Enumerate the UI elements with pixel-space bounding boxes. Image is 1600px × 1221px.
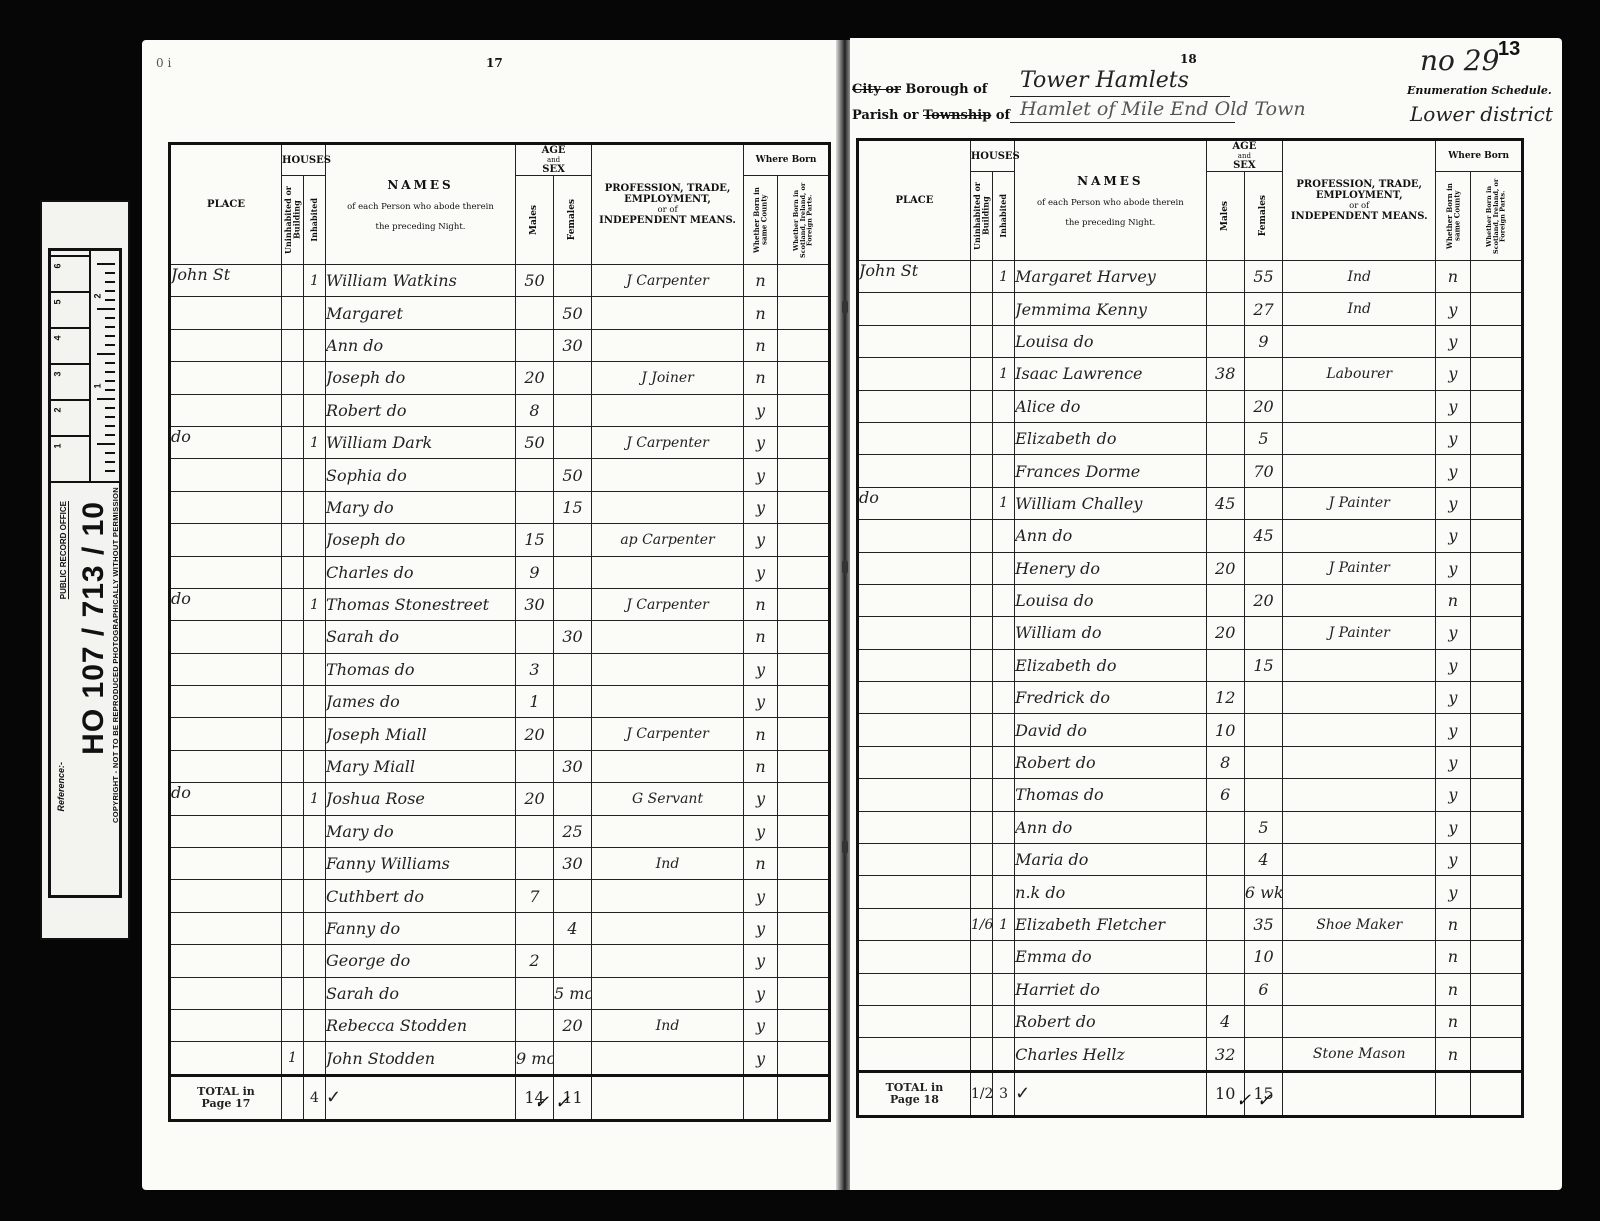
inhabited-cell: 1	[992, 908, 1014, 940]
born-same-county-cell: n	[744, 329, 778, 361]
female-age-cell	[554, 1042, 592, 1075]
inhabited-cell	[992, 973, 1014, 1005]
uninhabited-cell	[282, 815, 304, 847]
census-row: James do 1 y	[170, 686, 830, 718]
ruler-tick	[97, 353, 115, 355]
census-row: 1 John Stodden 9 mon y	[170, 1042, 830, 1075]
male-age-cell	[1206, 455, 1244, 487]
female-age-cell	[1244, 714, 1282, 746]
place-cell	[858, 390, 971, 422]
female-age-cell	[554, 426, 592, 458]
inhabited-cell: 1	[992, 261, 1014, 293]
place-cell	[170, 1009, 282, 1041]
born-same-county-cell: n	[744, 750, 778, 782]
census-row: Charles Hellz 32 Stone Mason n	[858, 1038, 1523, 1071]
born-same-county-cell: y	[744, 1042, 778, 1075]
born-abroad-cell	[1470, 1005, 1522, 1037]
census-row: do 1 Joshua Rose 20 G Servant y	[170, 783, 830, 815]
born-abroad-cell	[1470, 811, 1522, 843]
census-row: Louisa do 9 y	[858, 325, 1523, 357]
place-cell	[170, 556, 282, 588]
uninhabited-cell	[970, 649, 992, 681]
column-header-age-sex: AGE and SEX	[516, 144, 592, 176]
female-age-cell: 20	[1244, 390, 1282, 422]
person-name-cell: William Challey	[1015, 487, 1206, 519]
census-row: Fredrick do 12 y	[858, 682, 1523, 714]
place-cell	[170, 329, 282, 361]
male-age-cell	[1206, 422, 1244, 454]
born-abroad-cell	[778, 329, 830, 361]
city-label-struck: City or	[852, 82, 901, 97]
names-subtitle: of each Person who abode therein	[326, 202, 515, 212]
born-same-county-cell: y	[1436, 649, 1470, 681]
occupation-cell	[1283, 844, 1436, 876]
born-abroad-cell	[1470, 584, 1522, 616]
person-name-cell: David do	[1015, 714, 1206, 746]
census-row: Frances Dorme 70 y	[858, 455, 1523, 487]
place-cell	[170, 362, 282, 394]
profession-line: or of	[592, 205, 743, 215]
inhabited-cell	[304, 459, 326, 491]
place-cell	[858, 358, 971, 390]
born-same-county-cell: y	[1436, 552, 1470, 584]
occupation-cell	[1283, 584, 1436, 616]
male-age-cell: 9 mon	[516, 1042, 554, 1075]
inhabited-cell	[992, 941, 1014, 973]
folio-number: 13	[1498, 38, 1520, 61]
census-row: Fanny Williams 30 Ind n	[170, 848, 830, 880]
occupation-cell	[592, 686, 744, 718]
male-age-cell: 7	[516, 880, 554, 912]
female-age-cell: 5 mon	[554, 977, 592, 1009]
total-born-abroad-blank	[778, 1075, 830, 1120]
person-name-cell: Joseph do	[326, 362, 516, 394]
census-row: David do 10 y	[858, 714, 1523, 746]
occupation-cell	[592, 880, 744, 912]
column-header-houses: HOUSES	[282, 144, 326, 176]
female-age-cell: 70	[1244, 455, 1282, 487]
names-title: NAMES	[1077, 174, 1143, 188]
total-label: TOTAL inPage 17	[170, 1075, 282, 1120]
male-age-cell	[1206, 293, 1244, 325]
census-row: Maria do 4 y	[858, 844, 1523, 876]
names-subtitle: the preceding Night.	[326, 222, 515, 232]
place-cell: John St	[858, 261, 971, 293]
female-age-cell	[1244, 682, 1282, 714]
census-row: 1/6 1 Elizabeth Fletcher 35 Shoe Maker n	[858, 908, 1523, 940]
born-abroad-cell	[1470, 941, 1522, 973]
ruler-cm-label: 6	[53, 263, 63, 268]
born-same-county-cell: y	[1436, 617, 1470, 649]
sex-title: SEX	[1207, 160, 1283, 171]
uninhabited-cell	[282, 459, 304, 491]
inhabited-cell	[992, 876, 1014, 908]
ruler-division	[51, 399, 89, 401]
male-age-cell	[516, 912, 554, 944]
uninhabited-cell	[282, 686, 304, 718]
age-and: and	[516, 156, 591, 164]
city-borough-label: City or Borough of	[852, 82, 987, 97]
total-born-abroad-blank	[1470, 1071, 1522, 1116]
born-abroad-cell	[778, 945, 830, 977]
place-cell	[858, 811, 971, 843]
column-header-age-sex: AGE and SEX	[1206, 140, 1283, 172]
born-same-county-cell: y	[1436, 422, 1470, 454]
male-age-cell: 15	[516, 524, 554, 556]
uninhabited-cell	[970, 390, 992, 422]
township-label-struck: Township	[923, 108, 991, 123]
place-cell	[170, 621, 282, 653]
ruler-tick	[105, 371, 115, 373]
occupation-cell: J Carpenter	[592, 265, 744, 297]
column-header-females: Females	[554, 176, 592, 265]
person-name-cell: Robert do	[1015, 1005, 1206, 1037]
ruler-inch-label: 1	[93, 383, 103, 388]
ruler-division	[51, 327, 89, 329]
uninhabited-cell	[282, 750, 304, 782]
place-cell: John St	[170, 265, 282, 297]
born-same-county-cell: y	[1436, 390, 1470, 422]
census-row: Cuthbert do 7 y	[170, 880, 830, 912]
female-age-cell: 30	[554, 621, 592, 653]
total-inhabited: 3	[992, 1071, 1014, 1116]
female-age-cell: 50	[554, 297, 592, 329]
place-cell	[858, 746, 971, 778]
ruler-tick	[105, 470, 115, 472]
inhabited-cell	[992, 714, 1014, 746]
ruler-tick	[105, 380, 115, 382]
occupation-cell	[592, 912, 744, 944]
born-same-county-cell: y	[1436, 682, 1470, 714]
male-age-cell	[516, 1009, 554, 1041]
ruler-cm-label: 3	[53, 371, 63, 376]
person-name-cell: William do	[1015, 617, 1206, 649]
uninhabited-cell	[282, 491, 304, 523]
ruler-tick	[105, 326, 115, 328]
age-title: AGE	[542, 145, 566, 156]
occupation-cell	[1283, 682, 1436, 714]
census-row: Henery do 20 J Painter y	[858, 552, 1523, 584]
born-abroad-cell	[778, 265, 830, 297]
total-inhabited: 4	[304, 1075, 326, 1120]
occupation-cell	[1283, 1005, 1436, 1037]
occupation-cell: J Painter	[1283, 487, 1436, 519]
place-cell: do	[170, 783, 282, 815]
census-row: Ann do 45 y	[858, 520, 1523, 552]
inhabited-cell	[992, 293, 1014, 325]
person-name-cell: Sarah do	[326, 977, 516, 1009]
female-age-cell	[554, 880, 592, 912]
uninhabited-cell: 1	[282, 1042, 304, 1075]
uninhabited-cell	[970, 455, 992, 487]
inhabited-cell	[304, 912, 326, 944]
inhabited-cell	[992, 584, 1014, 616]
inhabited-cell	[992, 649, 1014, 681]
born-abroad-cell	[778, 394, 830, 426]
ruler-tick	[105, 425, 115, 427]
foreign-born-label: Whether Born in Scotland, Ireland, or Fo…	[1486, 172, 1506, 260]
occupation-cell	[1283, 390, 1436, 422]
born-abroad-cell	[778, 524, 830, 556]
born-abroad-cell	[778, 621, 830, 653]
place-cell	[858, 422, 971, 454]
ruler-tick	[105, 434, 115, 436]
reference-slip: 12345612 PUBLIC RECORD OFFICE HO 107 / 7…	[40, 200, 130, 940]
born-same-county-cell: y	[1436, 779, 1470, 811]
census-row: Mary do 15 y	[170, 491, 830, 523]
uninhabited-cell	[970, 973, 992, 1005]
ruler-tick	[105, 461, 115, 463]
born-same-county-cell: y	[1436, 811, 1470, 843]
person-name-cell: William Dark	[326, 426, 516, 458]
male-age-cell	[516, 329, 554, 361]
male-age-cell: 38	[1206, 358, 1244, 390]
profession-line: EMPLOYMENT,	[1283, 190, 1435, 201]
born-abroad-cell	[1470, 617, 1522, 649]
census-row: Emma do 10 n	[858, 941, 1523, 973]
born-abroad-cell	[778, 556, 830, 588]
inhabited-cell: 1	[304, 265, 326, 297]
born-abroad-cell	[1470, 358, 1522, 390]
female-age-cell	[1244, 617, 1282, 649]
place-cell	[858, 552, 971, 584]
born-same-county-cell: n	[1436, 941, 1470, 973]
female-age-cell	[554, 394, 592, 426]
person-name-cell: Isaac Lawrence	[1015, 358, 1206, 390]
born-same-county-cell: n	[744, 848, 778, 880]
inhabited-cell	[304, 394, 326, 426]
census-row: Joseph Miall 20 J Carpenter n	[170, 718, 830, 750]
ruler-division	[51, 435, 89, 437]
female-age-cell	[1244, 1038, 1282, 1071]
place-cell	[170, 977, 282, 1009]
column-header-born-abroad: Whether Born in Scotland, Ireland, or Fo…	[1470, 172, 1522, 261]
uninhabited-cell	[970, 261, 992, 293]
born-same-county-cell: y	[744, 491, 778, 523]
ruler-inch-label: 2	[93, 293, 103, 298]
document-reference: HO 107 / 713 / 10	[77, 501, 111, 755]
place-cell	[170, 718, 282, 750]
female-age-cell	[554, 653, 592, 685]
person-name-cell: Robert do	[326, 394, 516, 426]
male-age-cell: 9	[516, 556, 554, 588]
born-same-county-cell: y	[744, 524, 778, 556]
born-abroad-cell	[1470, 649, 1522, 681]
inhabited-cell	[304, 815, 326, 847]
occupation-cell	[592, 394, 744, 426]
female-age-cell: 10	[1244, 941, 1282, 973]
place-cell	[858, 325, 971, 357]
female-age-cell	[554, 945, 592, 977]
inhabited-cell	[992, 811, 1014, 843]
parish-value: Hamlet of Mile End Old Town	[1020, 98, 1306, 120]
person-name-cell: Charles do	[326, 556, 516, 588]
born-abroad-cell	[1470, 779, 1522, 811]
female-age-cell	[554, 718, 592, 750]
uninhabited-cell	[970, 844, 992, 876]
person-name-cell: Henery do	[1015, 552, 1206, 584]
inhabited-cell	[992, 682, 1014, 714]
uninhabited-cell	[970, 1038, 992, 1071]
occupation-cell	[1283, 422, 1436, 454]
person-name-cell: Fanny Williams	[326, 848, 516, 880]
female-age-cell: 30	[554, 329, 592, 361]
inhabited-cell	[992, 1038, 1014, 1071]
born-same-county-cell: y	[744, 653, 778, 685]
column-header-place: PLACE	[170, 144, 282, 265]
male-age-cell: 20	[1206, 617, 1244, 649]
person-name-cell: Louisa do	[1015, 325, 1206, 357]
total-row: TOTAL inPage 17 4 ✓ 14 11	[170, 1075, 830, 1120]
born-abroad-cell	[1470, 682, 1522, 714]
uninhabited-label: Uninhabited or Building	[284, 176, 301, 264]
person-name-cell: Ann do	[1015, 520, 1206, 552]
inhabited-cell	[992, 746, 1014, 778]
page-number: 18	[1180, 52, 1197, 66]
place-cell	[170, 912, 282, 944]
total-born-blank	[744, 1075, 778, 1120]
ruler-tick	[105, 335, 115, 337]
uninhabited-cell	[970, 293, 992, 325]
place-cell: do	[170, 426, 282, 458]
occupation-cell: Ind	[592, 1009, 744, 1041]
ruler-tick	[105, 344, 115, 346]
column-header-inhabited: Inhabited	[304, 176, 326, 265]
person-name-cell: Cuthbert do	[326, 880, 516, 912]
person-name-cell: Joseph Miall	[326, 718, 516, 750]
born-same-county-cell: y	[744, 912, 778, 944]
place-cell	[170, 524, 282, 556]
born-abroad-cell	[778, 1042, 830, 1075]
male-age-cell	[516, 459, 554, 491]
born-abroad-cell	[778, 783, 830, 815]
born-same-county-cell: y	[744, 783, 778, 815]
census-table-page-17: PLACE HOUSES NAMES of each Person who ab…	[168, 142, 831, 1122]
female-age-cell: 20	[554, 1009, 592, 1041]
uninhabited-cell	[282, 977, 304, 1009]
male-age-cell	[516, 815, 554, 847]
census-row: Elizabeth do 15 y	[858, 649, 1523, 681]
total-occupation-blank	[592, 1075, 744, 1120]
inhabited-label: Inhabited	[310, 198, 318, 242]
born-abroad-cell	[1470, 325, 1522, 357]
place-cell	[170, 1042, 282, 1075]
uninhabited-cell	[282, 783, 304, 815]
born-same-county-cell: y	[1436, 876, 1470, 908]
born-abroad-cell	[778, 362, 830, 394]
female-age-cell: 5	[1244, 422, 1282, 454]
uninhabited-cell	[970, 941, 992, 973]
uninhabited-cell	[970, 617, 992, 649]
born-same-county-cell: n	[744, 588, 778, 620]
occupation-cell	[1283, 811, 1436, 843]
place-cell	[170, 297, 282, 329]
uninhabited-cell	[970, 779, 992, 811]
uninhabited-cell	[970, 422, 992, 454]
female-age-cell: 45	[1244, 520, 1282, 552]
census-row: Ann do 30 n	[170, 329, 830, 361]
uninhabited-cell	[282, 426, 304, 458]
male-age-cell: 20	[516, 718, 554, 750]
census-row: Mary do 25 y	[170, 815, 830, 847]
total-label-line: Page 18	[890, 1093, 939, 1106]
female-age-cell	[554, 265, 592, 297]
born-same-county-cell: y	[1436, 358, 1470, 390]
place-cell	[858, 617, 971, 649]
ruler-cm-label: 5	[53, 299, 63, 304]
borough-label: Borough of	[905, 82, 987, 97]
uninhabited-cell	[282, 1009, 304, 1041]
person-name-cell: Joshua Rose	[326, 783, 516, 815]
same-county-label: Whether Born in same County	[1446, 172, 1461, 260]
census-page-17: 0 i 17 PLACE HOUSES NAMES of each Person…	[142, 40, 837, 1190]
born-same-county-cell: y	[1436, 520, 1470, 552]
occupation-cell	[592, 653, 744, 685]
place-cell	[858, 973, 971, 1005]
female-age-cell	[1244, 552, 1282, 584]
ruler-tick	[105, 281, 115, 283]
occupation-cell: Labourer	[1283, 358, 1436, 390]
person-name-cell: Charles Hellz	[1015, 1038, 1206, 1071]
male-age-cell: 10	[1206, 714, 1244, 746]
female-age-cell	[554, 588, 592, 620]
census-row: Robert do 8 y	[858, 746, 1523, 778]
person-name-cell: n.k do	[1015, 876, 1206, 908]
male-age-cell	[1206, 325, 1244, 357]
column-header-profession: PROFESSION, TRADE, EMPLOYMENT, or of IND…	[1283, 140, 1436, 261]
uninhabited-cell	[282, 912, 304, 944]
place-cell	[170, 750, 282, 782]
ruler-tick	[105, 407, 115, 409]
person-name-cell: Ann do	[1015, 811, 1206, 843]
total-label-line: TOTAL in	[886, 1081, 944, 1094]
born-abroad-cell	[1470, 261, 1522, 293]
born-abroad-cell	[1470, 746, 1522, 778]
male-age-cell: 3	[516, 653, 554, 685]
inhabited-cell: 1	[304, 783, 326, 815]
person-name-cell: Fanny do	[326, 912, 516, 944]
born-same-county-cell: y	[744, 686, 778, 718]
born-same-county-cell: y	[744, 815, 778, 847]
female-age-cell	[1244, 746, 1282, 778]
census-row: Thomas do 3 y	[170, 653, 830, 685]
female-age-cell: 30	[554, 750, 592, 782]
born-abroad-cell	[1470, 487, 1522, 519]
occupation-cell: Shoe Maker	[1283, 908, 1436, 940]
place-cell	[170, 653, 282, 685]
census-row: Jemmima Kenny 27 Ind y	[858, 293, 1523, 325]
ruler-tick	[105, 290, 115, 292]
census-row: Sarah do 5 mon y	[170, 977, 830, 1009]
male-age-cell	[516, 848, 554, 880]
ruler-division	[51, 363, 89, 365]
born-abroad-cell	[778, 848, 830, 880]
inhabited-cell: 1	[992, 358, 1014, 390]
inhabited-cell	[304, 880, 326, 912]
born-same-county-cell: n	[1436, 908, 1470, 940]
column-header-houses: HOUSES	[970, 140, 1014, 172]
verification-ticks: ✓ ✓	[1236, 1090, 1272, 1111]
age-and: and	[1207, 152, 1283, 160]
total-row: TOTAL inPage 18 1/20 3 ✓ 10 15	[858, 1071, 1523, 1116]
sex-title: SEX	[516, 164, 591, 175]
born-same-county-cell: y	[1436, 714, 1470, 746]
occupation-cell	[592, 977, 744, 1009]
census-row: Alice do 20 y	[858, 390, 1523, 422]
place-cell	[858, 293, 971, 325]
male-age-cell	[1206, 844, 1244, 876]
born-abroad-cell	[778, 977, 830, 1009]
